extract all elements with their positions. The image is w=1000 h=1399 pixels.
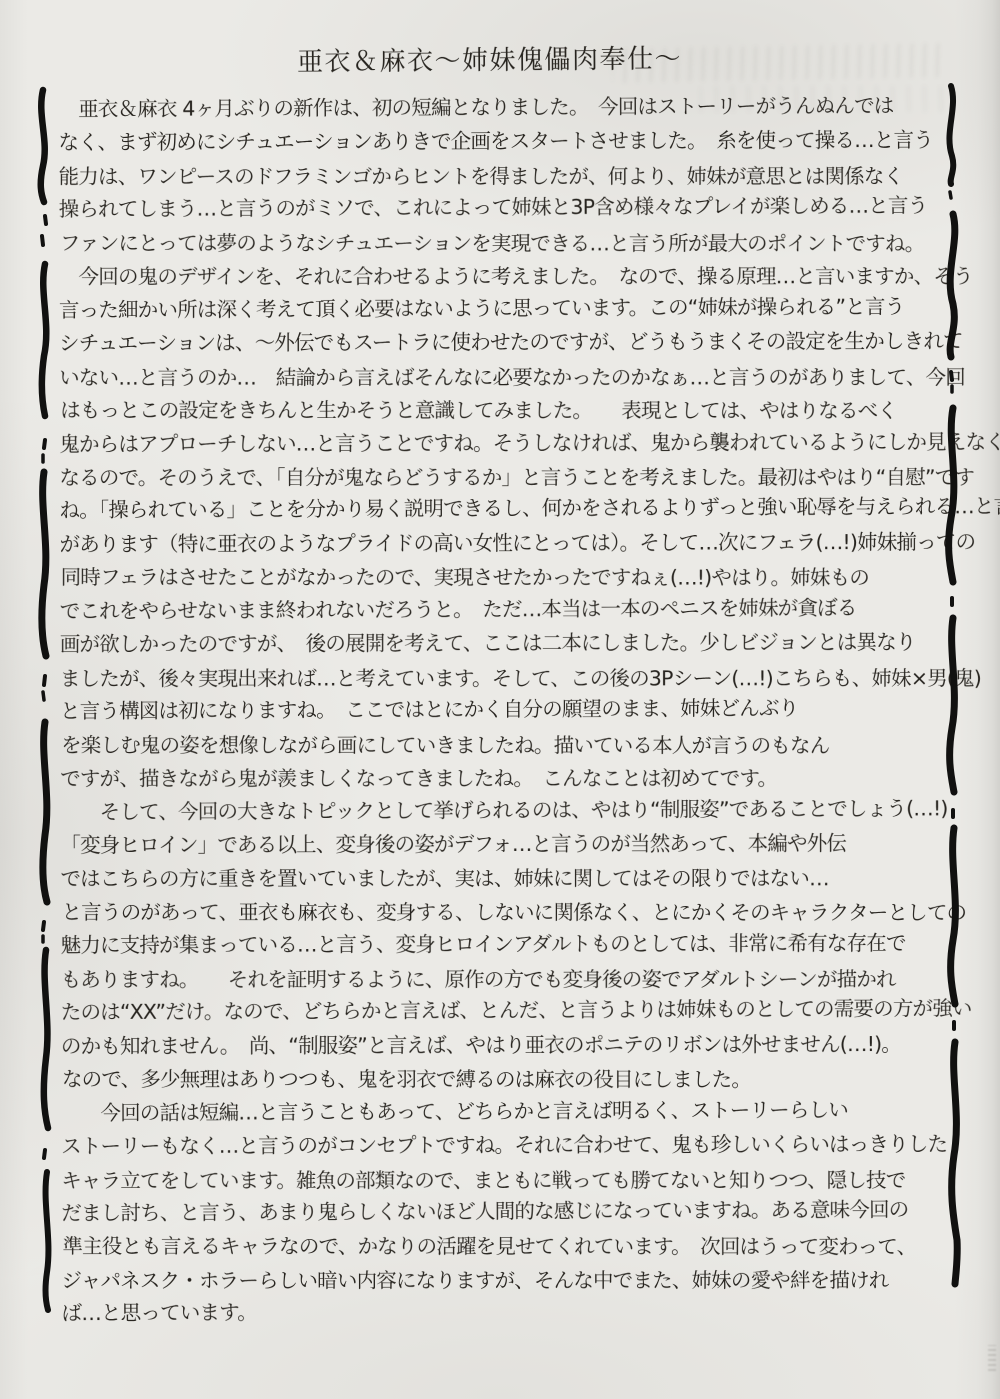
handwritten-text-block: 亜衣＆麻衣 4ヶ月ぶりの新作は、初の短編となりました。 今回はストーリーがうんぬ… xyxy=(58,91,951,1331)
handwritten-line: と言う構図は初になりますね。 ここではとにかく自分の願望のまま、姉妹どんぶり xyxy=(60,691,950,728)
handwritten-line: ストーリーもなく…と言うのがコンセプトですね。それに合わせて、鬼も珍しいくらいは… xyxy=(61,1128,951,1164)
handwritten-line: ですが、描きながら鬼が羨ましくなってきましたね。 こんなことは初めてです。 xyxy=(60,762,950,796)
handwritten-line: のかも知れません。 尚、“制服姿”と言えば、やはり亜衣のポニテのリボンは外せませ… xyxy=(61,1028,951,1064)
handwritten-line: 同時フェラはさせたことがなかったので、実現させたかったですねぇ(…!)やはり。姉… xyxy=(61,562,951,596)
handwritten-line: でこれをやらせないまま終われないだろうと。 ただ…本当は一本のペニスを姉妹が貪ぼ… xyxy=(60,591,950,628)
handwritten-line: はもっとこの設定をきちんと生かそうと意識してみました。 表現としては、やはりなる… xyxy=(60,394,950,428)
handwritten-line: を楽しむ鬼の姿を想像しながら画にしていきましたね。描いている本人が言うのもなん xyxy=(61,729,951,763)
handwritten-line: 準主役とも言えるキャラなので、かなりの活躍を見せてくれています。 次回はうって変… xyxy=(62,1231,952,1265)
handwritten-line: たのは“XX”だけ。なので、どちらかと言えば、とんだ、と言うよりは姉妹ものとして… xyxy=(61,993,951,1030)
handwritten-line: いない…と言うのか… 結論から言えばそんなに必要なかったのかなぁ…と言うのがあり… xyxy=(59,361,949,395)
handwritten-line: 今回の鬼のデザインを、それに合わせるように考えました。 なので、操る原理…と言い… xyxy=(59,260,949,294)
scanned-page: 亜衣＆麻衣～姉妹傀儡肉奉仕～ 亜衣＆麻衣 4ヶ月ぶりの新作は、初の短編となりまし… xyxy=(0,0,1000,1399)
handwritten-line: 魅力に支持が集まっている…と言う、変身ヒロインアダルトものとしては、非常に希有な… xyxy=(61,927,951,963)
handwritten-line: 「変身ヒロイン」である以上、変身後の姿がデフォ…と言うのが当然あって、本編や外伝 xyxy=(60,827,950,863)
handwritten-line: があります（特に亜衣のようなプライドの高い女性にとっては）。そして…次にフェラ(… xyxy=(60,526,950,562)
handwritten-line: ね。「操られている」ことを分かり易く説明できるし、何かをされるよりずっと強い恥辱… xyxy=(59,491,949,528)
handwritten-line: 今回の話は短編…と言うこともあって、どちらかと言えば明るく、ストーリーらしい xyxy=(61,1093,951,1130)
handwritten-line: 亜衣＆麻衣 4ヶ月ぶりの新作は、初の短編となりました。 今回はストーリーがうんぬ… xyxy=(58,89,948,126)
handwritten-line: なので、多少無理はありつつも、鬼を羽衣で縛るのは麻衣の役目にしました。 xyxy=(62,1063,952,1097)
handwritten-line: 鬼からはアプローチしない…と言うことですね。そうしなければ、鬼から襲われているよ… xyxy=(59,425,949,461)
page-title: 亜衣＆麻衣～姉妹傀儡肉奉仕～ xyxy=(297,38,682,78)
handwritten-line: ば…と思っています。 xyxy=(62,1294,952,1331)
handwritten-line: 言った細かい所は深く考えて頂く必要はないように思っています。この“姉妹が操られる… xyxy=(59,290,949,327)
handwritten-line: ましたが、後々実現出来れば…と考えています。そして、この後の3Pシーン(…!)こ… xyxy=(60,662,950,696)
handwritten-line: キャラ立てをしています。雑魚の部類なので、まともに戦っても勝てないと知りつつ、隠… xyxy=(61,1164,951,1198)
handwritten-line: もありますね。 それを証明するように、原作の方でも変身後の姿でアダルトシーンが描… xyxy=(61,963,951,997)
handwritten-line: 画が欲しかったのですが、 後の展開を考えて、ここは二本にしました。少しビジョンと… xyxy=(60,626,950,662)
handwritten-line: ファンにとっては夢のようなシチュエーションを実現できる…と言う所が最大のポイント… xyxy=(60,227,950,261)
handwritten-line: シチュエーションは、～外伝でもスートラに使わせたのですが、どうもうまくその設定を… xyxy=(59,325,949,361)
handwritten-line: と言うのがあって、亜衣も麻衣も、変身する、しないに関係なく、とにかくそのキャラク… xyxy=(62,896,952,930)
handwritten-line: ではこちらの方に重きを置いていましたが、実は、姉妹に関してはその限りではない… xyxy=(60,863,950,897)
handwritten-line: 操られてしまう…と言うのがミソで、これによって姉妹と3P含め様々なプレイが楽しめ… xyxy=(59,190,949,227)
handwritten-line: だまし討ち、と言う、あまり鬼らしくないほど人間的な感じになっていますね。ある意味… xyxy=(61,1193,951,1230)
handwritten-line: そして、今回の大きなトピックとして挙げられるのは、やはり“制服姿”であることでし… xyxy=(60,792,950,829)
handwritten-line: なく、まず初めにシチュエーションありきで企画をスタートさせました。 糸を使って操… xyxy=(58,124,948,160)
page-edge-number-smudge xyxy=(988,1345,996,1371)
